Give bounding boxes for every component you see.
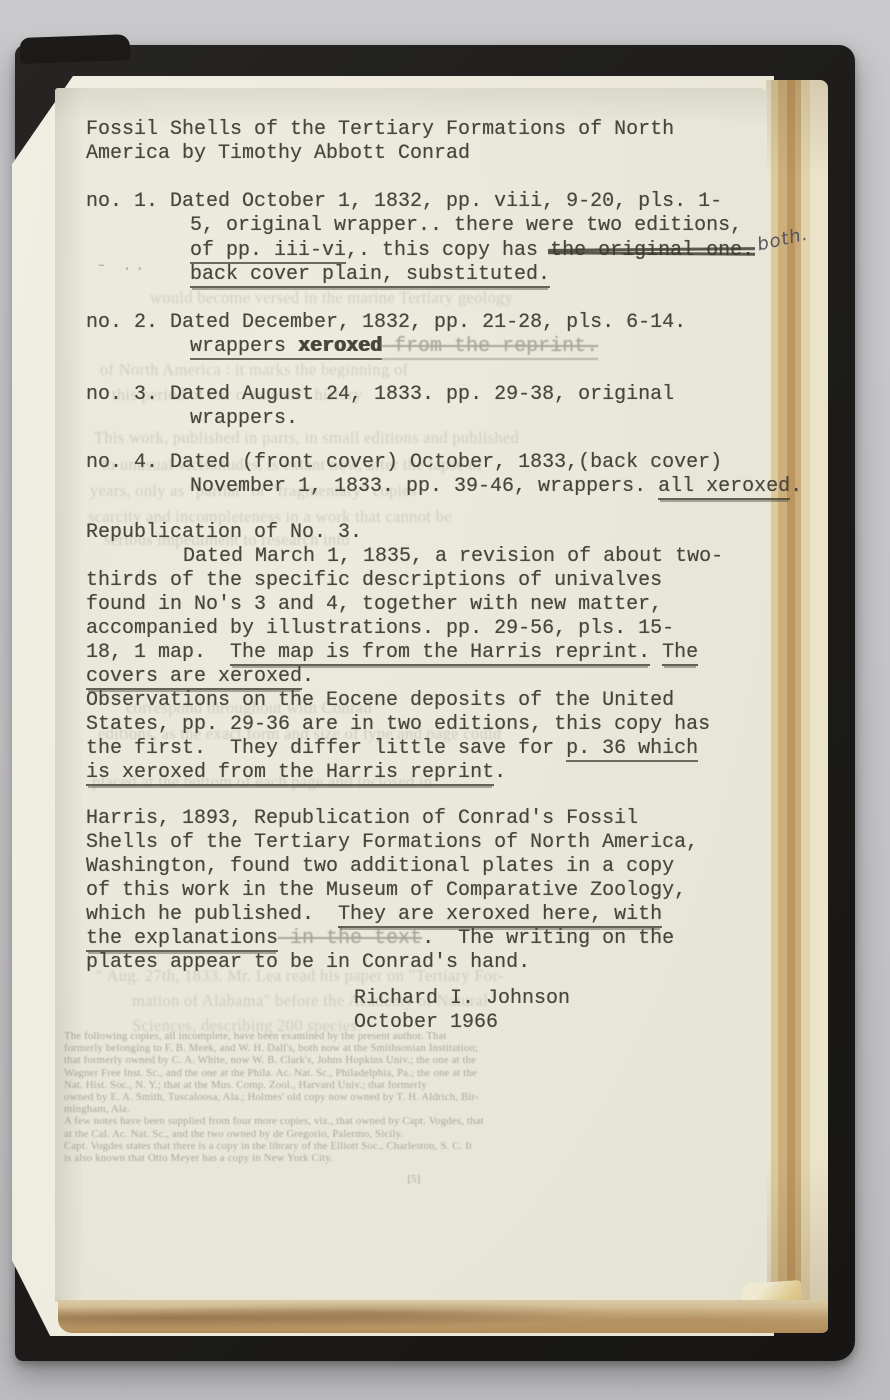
typed-text: the first. They differ little save for	[86, 737, 566, 760]
bleedthrough-footnote-line: A few notes have been supplied from four…	[64, 1115, 764, 1127]
typed-text: thirds of the specific descriptions of u…	[86, 569, 662, 592]
typed-text: plates appear to be in Conrad's hand.	[86, 951, 530, 974]
typed-text: covers are xeroxed	[86, 665, 302, 690]
typed-document: Fossil Shells of the Tertiary Formations…	[86, 118, 776, 1035]
bleedthrough-footnote: The following copies, all incomplete, ha…	[64, 1030, 764, 1185]
typed-text: Dated March 1, 1835, a revision of about…	[183, 545, 723, 568]
typed-text: 18, 1 map.	[86, 641, 230, 664]
bleedthrough-footnote-line: mingham, Ala.	[64, 1103, 764, 1115]
typed-line: which he published. They are xeroxed her…	[86, 903, 776, 927]
typed-line: States, pp. 29-36 are in two editions, t…	[86, 713, 776, 737]
typed-text: Washington, found two additional plates …	[86, 855, 674, 878]
bleedthrough-footnote-line: that formerly owned by C. A. White, now …	[64, 1054, 764, 1066]
typed-line: wrappers.	[86, 407, 776, 431]
typed-line: no. 3. Dated August 24, 1833. pp. 29-38,…	[86, 383, 776, 407]
typed-text: Republication of No. 3.	[86, 521, 362, 544]
typed-line: Republication of No. 3.	[86, 521, 776, 545]
book-cover-corner	[20, 34, 131, 64]
typed-line: no. 1. Dated October 1, 1832, pp. viii, …	[86, 190, 776, 214]
typed-text	[650, 641, 662, 664]
typed-text: no. 2. Dated December, 1832, pp. 21-28, …	[86, 311, 686, 334]
typed-text: no. 1. Dated October 1, 1832, pp. viii, …	[86, 190, 722, 213]
signature: Richard I. JohnsonOctober 1966	[86, 987, 776, 1035]
typed-line: no. 4. Dated (front cover) October, 1833…	[86, 451, 776, 475]
republication-of-no-3: Republication of No. 3.Dated March 1, 18…	[86, 521, 776, 785]
harris-paragraph: Harris, 1893, Republication of Conrad's …	[86, 807, 776, 975]
typed-text: from the reprint.	[382, 335, 598, 360]
typed-text: . The writing on the	[422, 927, 674, 950]
typed-line: Fossil Shells of the Tertiary Formations…	[86, 118, 776, 142]
typed-text: States, pp. 29-36 are in two editions, t…	[86, 713, 710, 736]
bleedthrough-footnote-line: Nat. Hist. Soc., N. Y.; that at the Mus.…	[64, 1079, 764, 1091]
typed-text: Richard I. Johnson	[354, 987, 570, 1010]
typed-line: plates appear to be in Conrad's hand.	[86, 951, 776, 975]
bleedthrough-footnote-line: Wagner Free Inst. Sc., and the one at th…	[64, 1067, 764, 1079]
typed-line: of this work in the Museum of Comparativ…	[86, 879, 776, 903]
typed-line: wrappers xeroxed from the reprint.	[86, 335, 776, 359]
bleedthrough-footnote-line: owned by E. A. Smith, Tuscaloosa, Ala.; …	[64, 1091, 764, 1103]
typed-text: of pp. iii-vi	[190, 239, 346, 264]
typed-line: November 1, 1833. pp. 39-46, wrappers. a…	[86, 475, 776, 499]
typed-line: thirds of the specific descriptions of u…	[86, 569, 776, 593]
typed-text: Observations on the Eocene deposits of t…	[86, 689, 674, 712]
typed-line: covers are xeroxed.	[86, 665, 776, 689]
typed-text: accompanied by illustrations. pp. 29-56,…	[86, 617, 674, 640]
typed-text: of this work in the Museum of Comparativ…	[86, 879, 686, 902]
typed-text: The	[662, 641, 698, 666]
typed-line: Richard I. Johnson	[86, 987, 776, 1011]
typed-line: accompanied by illustrations. pp. 29-56,…	[86, 617, 776, 641]
ghost-page-number: [5]	[64, 1173, 764, 1185]
typed-text: October 1966	[354, 1011, 498, 1034]
title: Fossil Shells of the Tertiary Formations…	[86, 118, 776, 166]
typed-line: 5, original wrapper.. there were two edi…	[86, 214, 776, 238]
typed-line: back cover plain, substituted.	[86, 263, 776, 287]
typed-line: America by Timothy Abbott Conrad	[86, 142, 776, 166]
entry-no-3: no. 3. Dated August 24, 1833. pp. 29-38,…	[86, 383, 776, 431]
typed-text: .	[790, 475, 802, 498]
typed-text: .	[302, 665, 314, 688]
typed-text: in the text	[278, 927, 422, 950]
typed-text: found in No's 3 and 4, together with new…	[86, 593, 662, 616]
entry-no-2: no. 2. Dated December, 1832, pp. 21-28, …	[86, 311, 776, 359]
typed-line: Dated March 1, 1835, a revision of about…	[86, 545, 776, 569]
typed-text: They are xeroxed here, with	[338, 903, 662, 928]
bleedthrough-footnote-line: formerly belonging to F. B. Meek, and W.…	[64, 1042, 764, 1054]
typed-text: back cover plain, substituted.	[190, 263, 550, 288]
typed-line: the explanations in the text. The writin…	[86, 927, 776, 951]
typed-text: no. 4. Dated (front cover) October, 1833…	[86, 451, 722, 474]
typed-line: Harris, 1893, Republication of Conrad's …	[86, 807, 776, 831]
typed-text: Fossil Shells of the Tertiary Formations…	[86, 118, 674, 141]
typed-line: Shells of the Tertiary Formations of Nor…	[86, 831, 776, 855]
typed-text: The map is from the Harris reprint.	[230, 641, 650, 666]
book-photo-scene: - .. would become versed in the marine T…	[0, 0, 890, 1400]
typed-line: Observations on the Eocene deposits of t…	[86, 689, 776, 713]
typed-line: no. 2. Dated December, 1832, pp. 21-28, …	[86, 311, 776, 335]
typed-text: p. 36 which	[566, 737, 698, 762]
typed-text: is xeroxed from the Harris reprint	[86, 761, 494, 786]
typed-line: Washington, found two additional plates …	[86, 855, 776, 879]
typed-text: which he published.	[86, 903, 338, 926]
typed-line: October 1966	[86, 1011, 776, 1035]
bleedthrough-footnote-line: is also known that Otto Meyer has a copy…	[64, 1152, 764, 1164]
bleedthrough-footnote-line: Capt. Vogdes states that there is a copy…	[64, 1140, 764, 1152]
typed-text: ,. this copy has	[346, 239, 550, 262]
typed-text: wrappers.	[190, 407, 298, 430]
typed-text: America by Timothy Abbott Conrad	[86, 142, 470, 165]
typed-line: 18, 1 map. The map is from the Harris re…	[86, 641, 776, 665]
typed-text: all xeroxed	[658, 475, 790, 500]
bottom-page-edge	[58, 1300, 828, 1333]
entry-no-1: no. 1. Dated October 1, 1832, pp. viii, …	[86, 190, 776, 287]
typed-text: the explanations	[86, 927, 278, 952]
typed-line: found in No's 3 and 4, together with new…	[86, 593, 776, 617]
typed-text: wrappers	[190, 335, 298, 360]
typed-text: the original one.	[550, 239, 754, 262]
typed-line: the first. They differ little save for p…	[86, 737, 776, 761]
typed-text: .	[494, 761, 506, 784]
typed-line: of pp. iii-vi,. this copy has the origin…	[86, 238, 776, 263]
entry-no-4: no. 4. Dated (front cover) October, 1833…	[86, 451, 776, 499]
bleedthrough-footnote-line: at the Cal. Ac. Nat. Sc., and the two ow…	[64, 1128, 764, 1140]
typed-text: Shells of the Tertiary Formations of Nor…	[86, 831, 698, 854]
typed-line: is xeroxed from the Harris reprint.	[86, 761, 776, 785]
typed-text: November 1, 1833. pp. 39-46, wrappers.	[190, 475, 658, 498]
typed-text: xeroxed	[298, 335, 382, 360]
typed-text: no. 3. Dated August 24, 1833. pp. 29-38,…	[86, 383, 674, 406]
typed-text: 5, original wrapper.. there were two edi…	[190, 214, 742, 237]
typed-text: Harris, 1893, Republication of Conrad's …	[86, 807, 638, 830]
